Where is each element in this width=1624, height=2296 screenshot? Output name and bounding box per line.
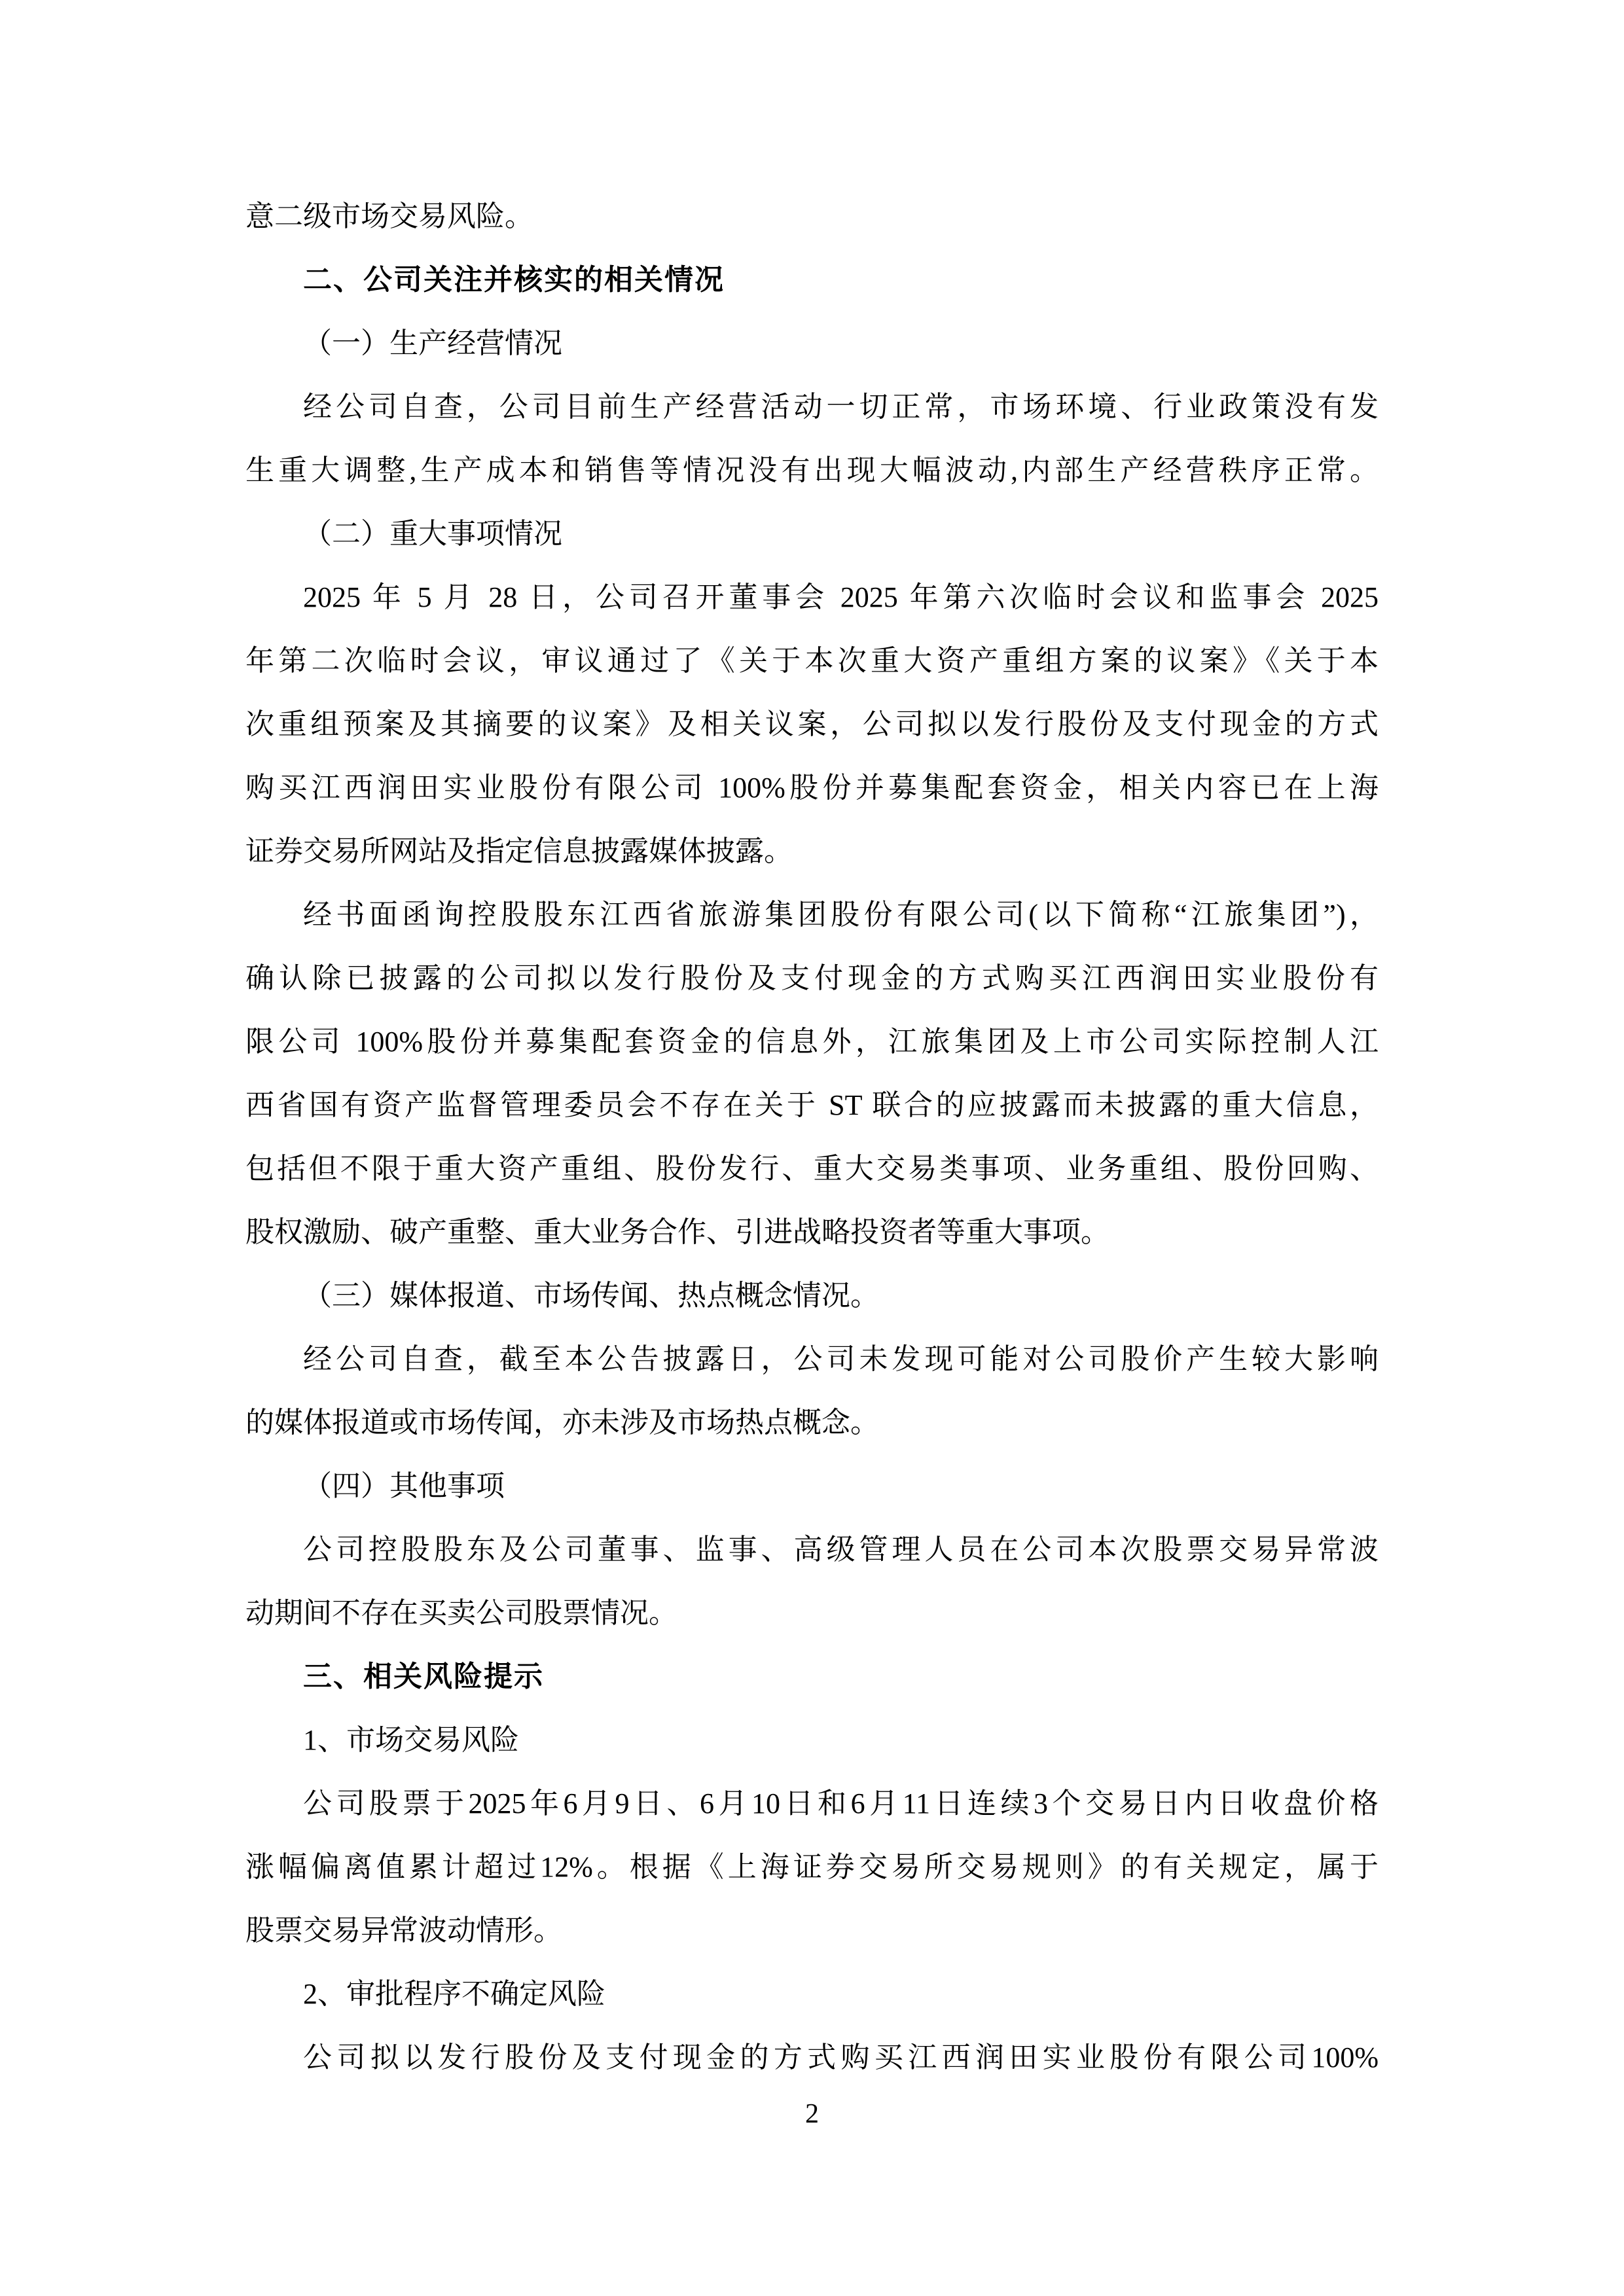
subsection-heading: （四）其他事项	[245, 1454, 1379, 1518]
section-heading: 二、公司关注并核实的相关情况	[245, 248, 1379, 312]
paragraph-line: 包括但不限于重大资产重组、股份发行、重大交易类事项、业务重组、股份回购、	[245, 1137, 1379, 1200]
subsection-heading: （二）重大事项情况	[245, 502, 1379, 565]
paragraph-line: 经公司自查，公司目前生产经营活动一切正常，市场环境、行业政策没有发	[245, 375, 1379, 439]
paragraph-line: 经公司自查，截至本公告披露日，公司未发现可能对公司股价产生较大影响	[245, 1327, 1379, 1391]
paragraph-line: 次重组预案及其摘要的议案》及相关议案，公司拟以发行股份及支付现金的方式	[245, 692, 1379, 756]
document-body: 意二级市场交易风险。 二、公司关注并核实的相关情况 （一）生产经营情况 经公司自…	[245, 185, 1379, 2089]
paragraph-line: 动期间不存在买卖公司股票情况。	[245, 1581, 1379, 1645]
section-heading: 三、相关风险提示	[245, 1645, 1379, 1708]
paragraph-line: 购买江西润田实业股份有限公司 100%股份并募集配套资金，相关内容已在上海	[245, 756, 1379, 819]
paragraph-line: 2025 年 5 月 28 日，公司召开董事会 2025 年第六次临时会议和监事…	[245, 565, 1379, 629]
paragraph-line: 确认除已披露的公司拟以发行股份及支付现金的方式购买江西润田实业股份有	[245, 946, 1379, 1010]
subsection-heading: （三）媒体报道、市场传闻、热点概念情况。	[245, 1264, 1379, 1327]
paragraph-line: 公司控股股东及公司董事、监事、高级管理人员在公司本次股票交易异常波	[245, 1518, 1379, 1581]
paragraph-line: 限公司 100%股份并募集配套资金的信息外，江旅集团及上市公司实际控制人江	[245, 1010, 1379, 1073]
page-number: 2	[0, 2083, 1624, 2146]
paragraph-line: 意二级市场交易风险。	[245, 185, 1379, 248]
paragraph-line: 涨幅偏离值累计超过12%。根据《上海证券交易所交易规则》的有关规定，属于	[245, 1835, 1379, 1899]
subsection-heading: 2、审批程序不确定风险	[245, 1962, 1379, 2026]
paragraph-line: 证券交易所网站及指定信息披露媒体披露。	[245, 819, 1379, 883]
paragraph-line: 经书面函询控股股东江西省旅游集团股份有限公司(以下简称“江旅集团”)，	[245, 883, 1379, 946]
paragraph-line: 公司拟以发行股份及支付现金的方式购买江西润田实业股份有限公司100%	[245, 2026, 1379, 2089]
paragraph-line: 股票交易异常波动情形。	[245, 1899, 1379, 1962]
paragraph-line: 年第二次临时会议，审议通过了《关于本次重大资产重组方案的议案》《关于本	[245, 629, 1379, 692]
paragraph-line: 股权激励、破产重整、重大业务合作、引进战略投资者等重大事项。	[245, 1200, 1379, 1264]
subsection-heading: （一）生产经营情况	[245, 312, 1379, 375]
paragraph-line: 生重大调整,生产成本和销售等情况没有出现大幅波动,内部生产经营秩序正常。	[245, 439, 1379, 502]
paragraph-line: 公司股票于2025年6月9日、6月10日和6月11日连续3个交易日内日收盘价格	[245, 1772, 1379, 1835]
document-page: 意二级市场交易风险。 二、公司关注并核实的相关情况 （一）生产经营情况 经公司自…	[0, 0, 1624, 2296]
paragraph-line: 的媒体报道或市场传闻，亦未涉及市场热点概念。	[245, 1391, 1379, 1454]
paragraph-line: 西省国有资产监督管理委员会不存在关于 ST 联合的应披露而未披露的重大信息，	[245, 1073, 1379, 1137]
subsection-heading: 1、市场交易风险	[245, 1708, 1379, 1772]
